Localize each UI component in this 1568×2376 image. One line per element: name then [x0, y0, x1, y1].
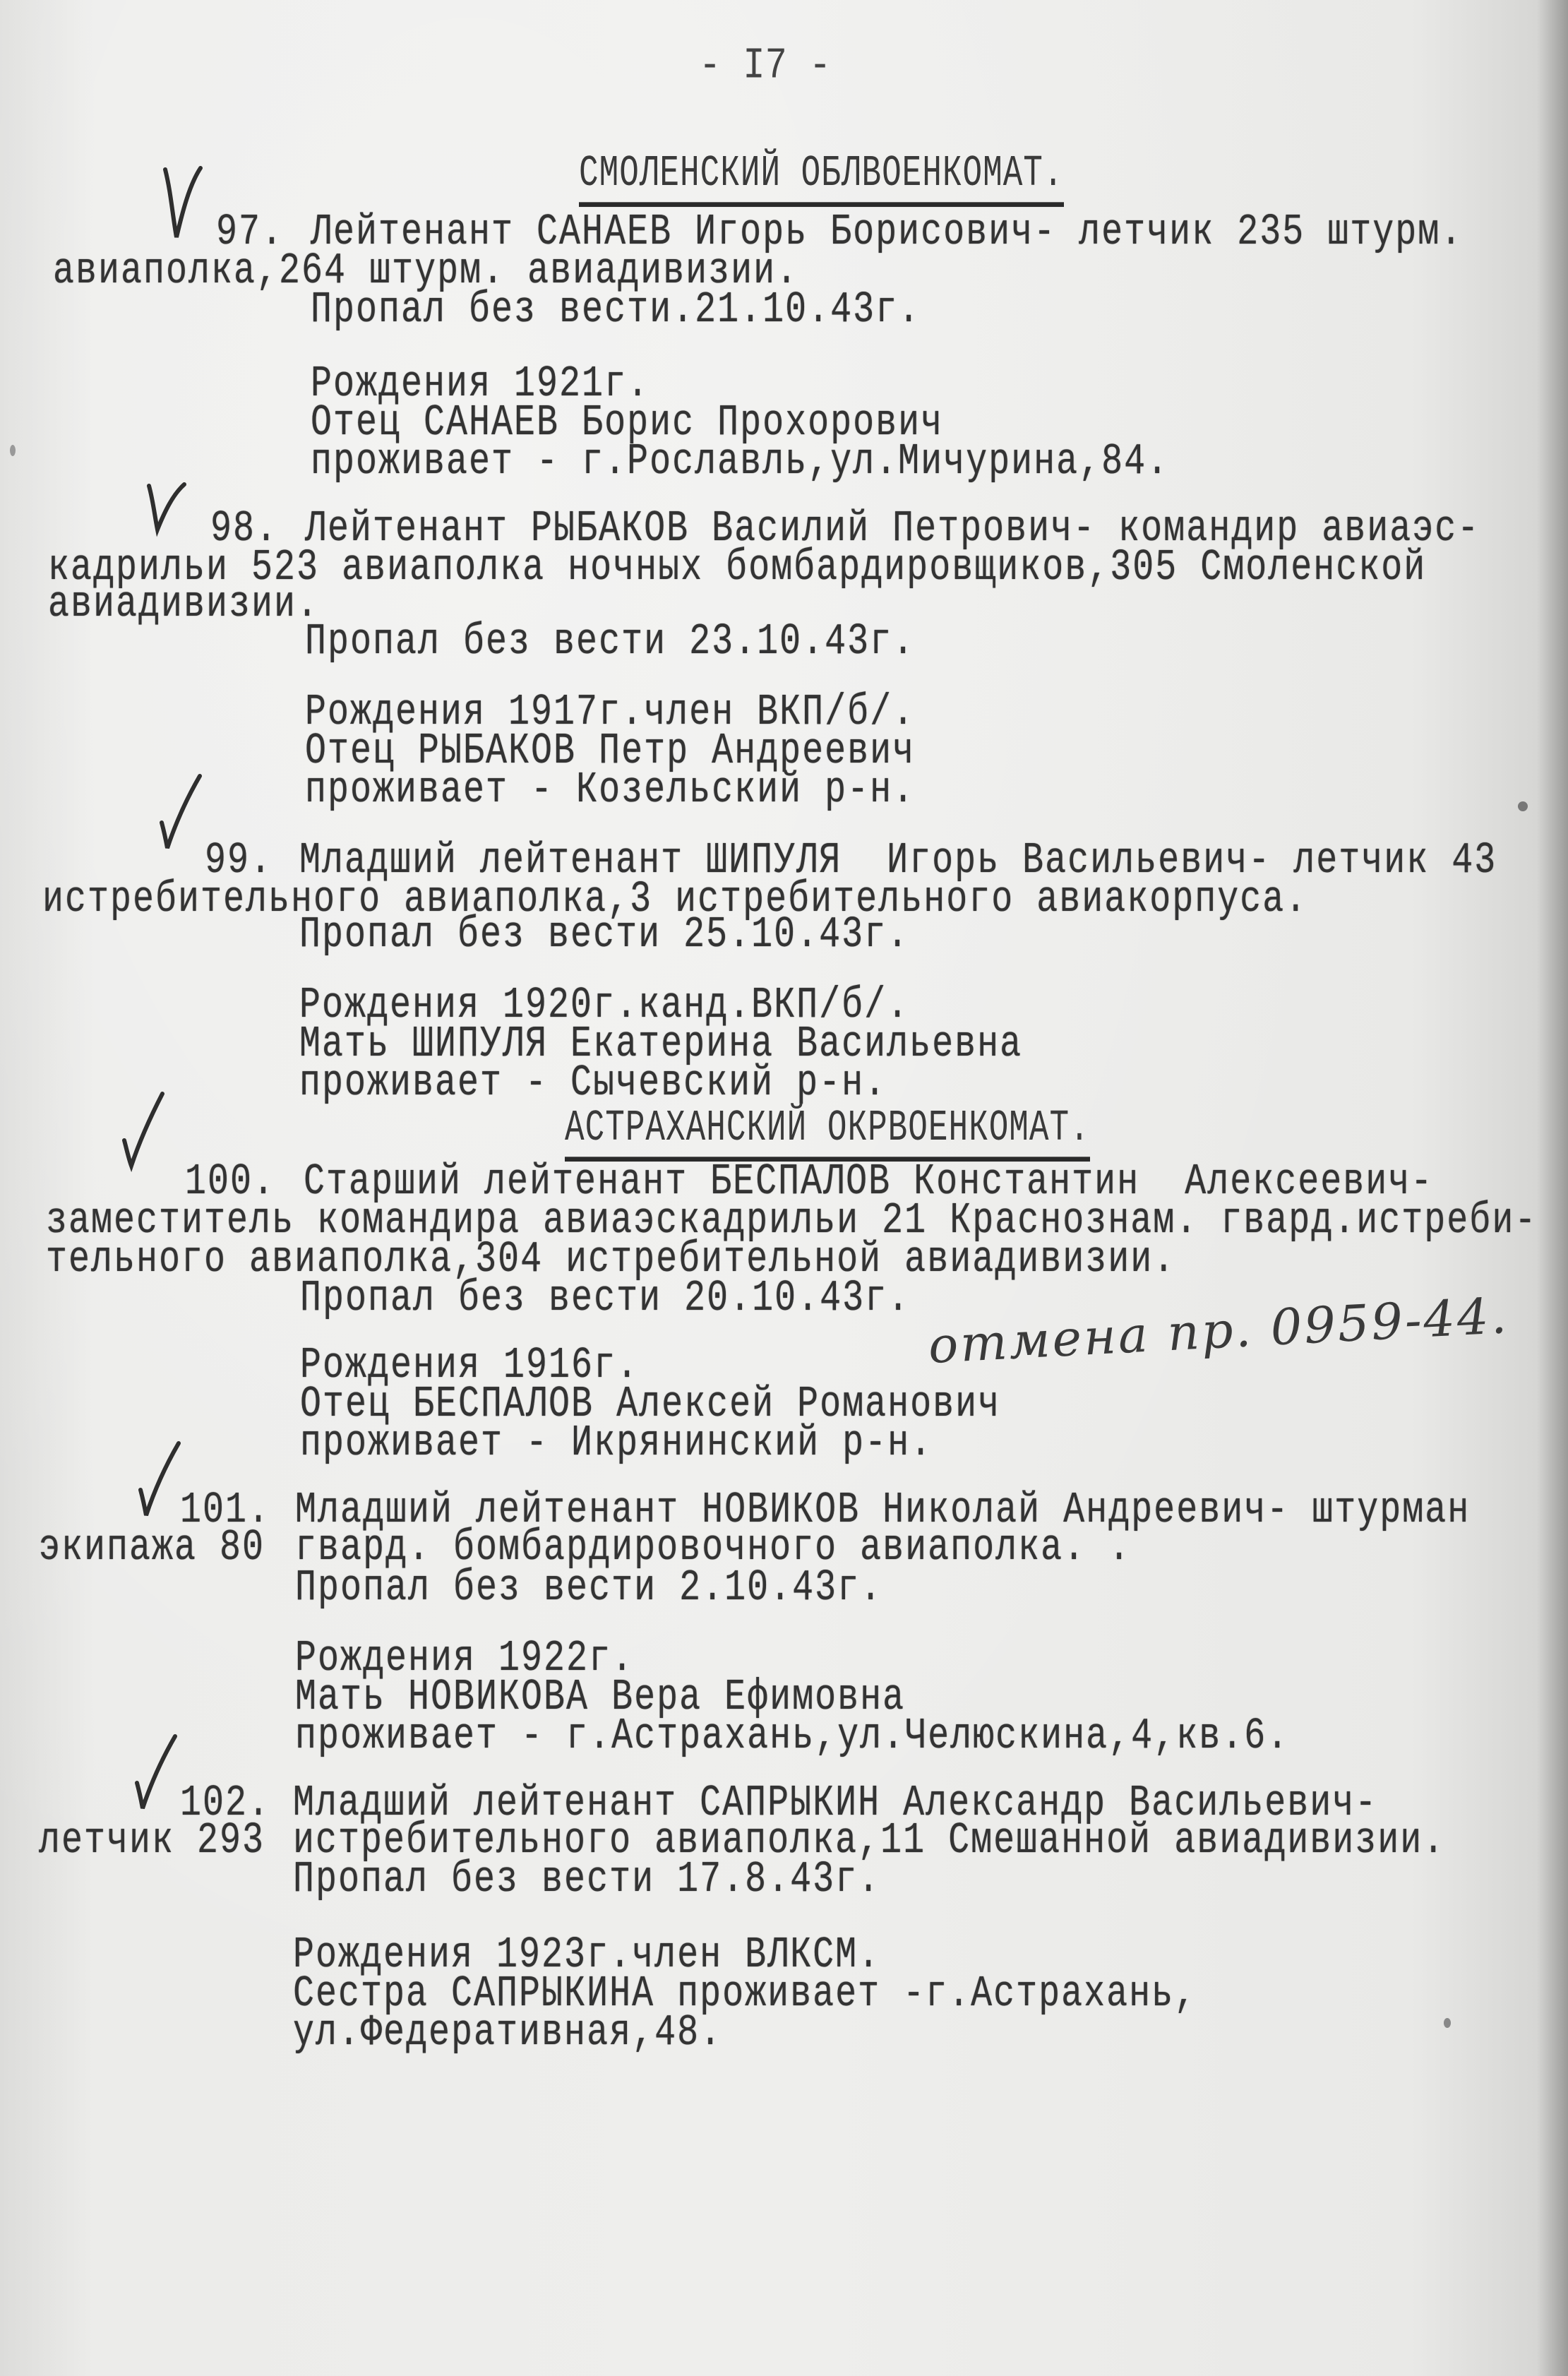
- missing-date: Пропал без вести 23.10.43г.: [305, 618, 915, 667]
- section-heading-smolensk: СМОЛЕНСКИЙ ОБЛВОЕНКОМАТ.: [579, 147, 1064, 207]
- address-info: проживает - г.Астрахань,ул.Челюскина,4,к…: [295, 1712, 1289, 1762]
- paper-speck: [1518, 801, 1528, 811]
- page-number: - I7 -: [699, 41, 831, 91]
- address-info: проживает - Икрянинский р-н.: [300, 1419, 933, 1469]
- margin-text: экипажа 80: [39, 1524, 265, 1573]
- check-mark-icon: [161, 164, 203, 241]
- margin-text: летчик 293: [39, 1817, 265, 1866]
- missing-date: Пропал без вести 25.10.43г.: [299, 911, 909, 960]
- missing-date: Пропал без вести 2.10.43г.: [295, 1564, 882, 1613]
- missing-date: Пропал без вести 17.8.43г.: [293, 1856, 880, 1905]
- check-mark-icon: [121, 1091, 164, 1169]
- missing-date: Пропал без вести 20.10.43г.: [300, 1274, 910, 1324]
- address-info: проживает - Козельский р-н.: [305, 766, 915, 816]
- check-mark-icon: [138, 1440, 180, 1518]
- paper-speck: [10, 445, 16, 456]
- missing-date: Пропал без вести.21.10.43г.: [311, 286, 921, 335]
- entry-line: авиадивизии.: [48, 580, 319, 630]
- check-mark-icon: [134, 1733, 176, 1811]
- check-mark-icon: [159, 773, 201, 851]
- address-info: проживает - г.Рославль,ул.Мичурина,84.: [311, 438, 1169, 487]
- paper-speck: [1444, 2018, 1451, 2028]
- address-info: ул.Федеративная,48.: [293, 2009, 722, 2058]
- section-heading-astrakhan: АСТРАХАНСКИЙ ОКРВОЕНКОМАТ.: [565, 1102, 1090, 1162]
